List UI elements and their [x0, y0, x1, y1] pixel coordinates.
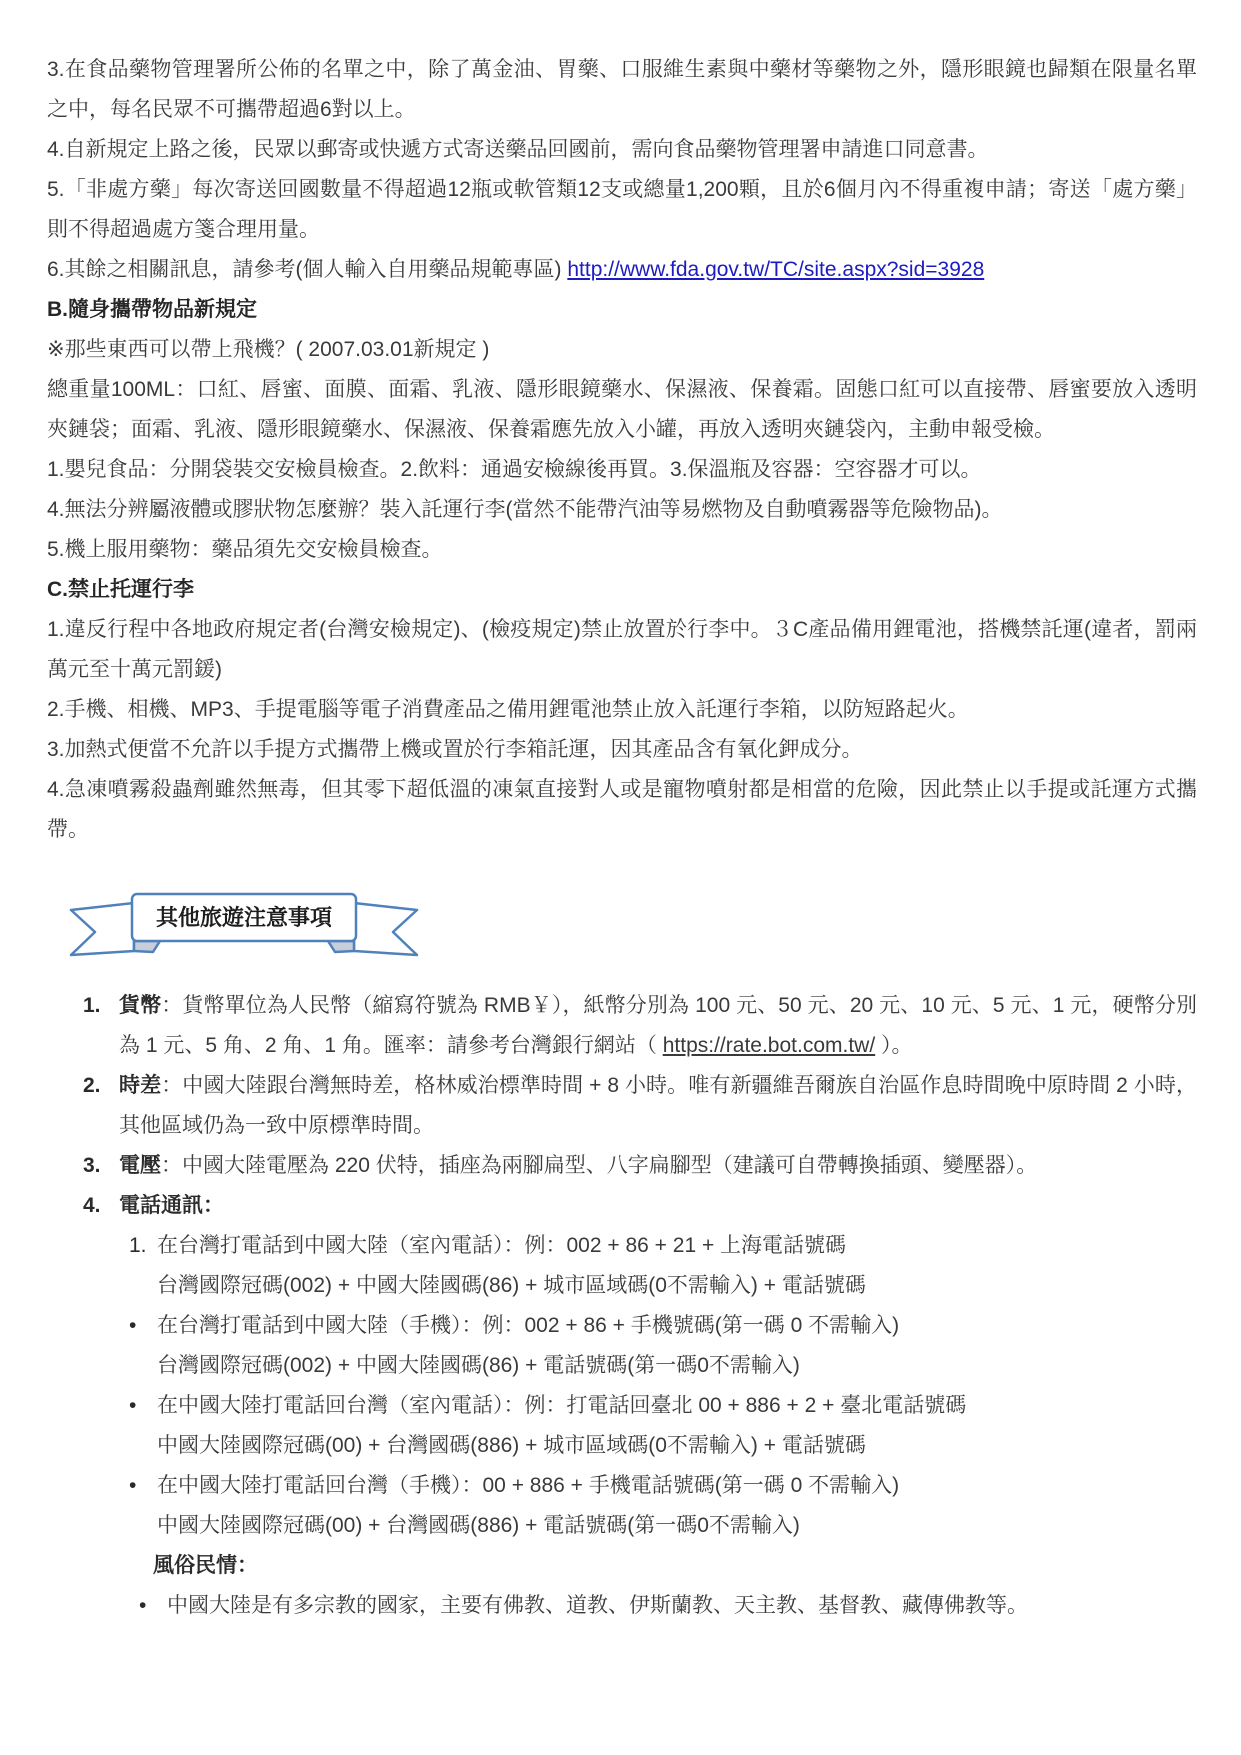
- section-banner: 其他旅遊注意事項: [68, 892, 420, 958]
- note-text-before-link: ：貨幣單位為人民幣（縮寫符號為 RMB￥），紙幣分別為 100 元、50 元、2…: [119, 994, 1197, 1057]
- phone-formula-line: 中國大陸國際冠碼(00) + 台灣國碼(886) + 電話號碼(第一碼0不需輸入…: [157, 1506, 1197, 1546]
- bullet-icon: •: [129, 1306, 157, 1386]
- note-number: 3.: [83, 1146, 119, 1186]
- section-c-p1: 1.違反行程中各地政府規定者(台灣安檢規定)、(檢疫規定)禁止放置於行李中。３C…: [47, 610, 1197, 690]
- phone-example-line: 在台灣打電話到中國大陸（室內電話）：例：002 + 86 + 21 + 上海電話…: [157, 1226, 1197, 1266]
- paragraph-medicine-item5: 5.「非處方藥」每次寄送回國數量不得超過12瓶或軟管類12支或總量1,200顆，…: [47, 170, 1197, 250]
- paragraph-medicine-item3: 3.在食品藥物管理署所公佈的名單之中，除了萬金油、胃藥、口服維生素與中藥材等藥物…: [47, 50, 1197, 130]
- customs-heading: 風俗民情：: [153, 1546, 1197, 1586]
- phone-formula-line: 中國大陸國際冠碼(00) + 台灣國碼(886) + 城市區域碼(0不需輸入) …: [157, 1426, 1197, 1466]
- customs-entry-text: 中國大陸是有多宗教的國家，主要有佛教、道教、伊斯蘭教、天主教、基督教、藏傳佛教等…: [167, 1586, 1197, 1626]
- document-page: 3.在食品藥物管理署所公佈的名單之中，除了萬金油、胃藥、口服維生素與中藥材等藥物…: [0, 0, 1241, 1755]
- section-c-p2: 2.手機、相機、MP3、手提電腦等電子消費產品之備用鋰電池禁止放入託運行李箱，以…: [47, 690, 1197, 730]
- medicine-item6-text: 6.其餘之相關訊息，請參考(個人輸入自用藥品規範專區): [47, 258, 567, 281]
- phone-example-line: 在中國大陸打電話回台灣（室內電話）：例：打電話回臺北 00 + 886 + 2 …: [157, 1386, 1197, 1426]
- note-text: 電壓：中國大陸電壓為 220 伏特，插座為兩腳扁型、八字扁腳型（建議可自帶轉換插…: [119, 1146, 1197, 1186]
- phone-entry-text: 在中國大陸打電話回台灣（手機）：00 + 886 + 手機電話號碼(第一碼 0 …: [157, 1466, 1197, 1546]
- note-item-telecom: 4. 電話通訊：: [83, 1186, 1197, 1226]
- phone-entry-text: 在中國大陸打電話回台灣（室內電話）：例：打電話回臺北 00 + 886 + 2 …: [157, 1386, 1197, 1466]
- section-b-note: ※那些東西可以帶上飛機？( 2007.03.01新規定 ): [47, 330, 1197, 370]
- note-term: 貨幣: [119, 994, 161, 1017]
- banner-title: 其他旅遊注意事項: [132, 894, 356, 941]
- phone-formula-line: 台灣國際冠碼(002) + 中國大陸國碼(86) + 電話號碼(第一碼0不需輸入…: [157, 1346, 1197, 1386]
- note-text-body: ：中國大陸跟台灣無時差，格林威治標準時間 + 8 小時。唯有新疆維吾爾族自治區作…: [119, 1074, 1197, 1137]
- bullet-icon: •: [139, 1586, 167, 1626]
- phone-entry-text: 在台灣打電話到中國大陸（手機）：例：002 + 86 + 手機號碼(第一碼 0 …: [157, 1306, 1197, 1386]
- section-b-heading: B.隨身攜帶物品新規定: [47, 290, 1197, 330]
- section-b-p4: 5.機上服用藥物：藥品須先交安檢員檢查。: [47, 530, 1197, 570]
- note-text: 時差：中國大陸跟台灣無時差，格林威治標準時間 + 8 小時。唯有新疆維吾爾族自治…: [119, 1066, 1197, 1146]
- note-text: 貨幣：貨幣單位為人民幣（縮寫符號為 RMB￥），紙幣分別為 100 元、50 元…: [119, 986, 1197, 1066]
- phone-entry-cn-to-tw-landline: • 在中國大陸打電話回台灣（室內電話）：例：打電話回臺北 00 + 886 + …: [129, 1386, 1197, 1466]
- note-item-currency: 1. 貨幣：貨幣單位為人民幣（縮寫符號為 RMB￥），紙幣分別為 100 元、5…: [83, 986, 1197, 1066]
- note-number: 2.: [83, 1066, 119, 1146]
- section-b-p3: 4.無法分辨屬液體或膠狀物怎麼辦？裝入託運行李(當然不能帶汽油等易燃物及自動噴霧…: [47, 490, 1197, 530]
- section-b-p2: 1.嬰兒食品：分開袋裝交安檢員檢查。2.飲料：通過安檢線後再買。3.保溫瓶及容器…: [47, 450, 1197, 490]
- note-text-after-link: ）。: [875, 1034, 912, 1057]
- paragraph-medicine-item6: 6.其餘之相關訊息，請參考(個人輸入自用藥品規範專區) http://www.f…: [47, 250, 1197, 290]
- phone-entry-tw-to-cn-mobile: • 在台灣打電話到中國大陸（手機）：例：002 + 86 + 手機號碼(第一碼 …: [129, 1306, 1197, 1386]
- section-c-heading: C.禁止托運行李: [47, 570, 1197, 610]
- phone-entry-cn-to-tw-mobile: • 在中國大陸打電話回台灣（手機）：00 + 886 + 手機電話號碼(第一碼 …: [129, 1466, 1197, 1546]
- phone-example-line: 在台灣打電話到中國大陸（手機）：例：002 + 86 + 手機號碼(第一碼 0 …: [157, 1306, 1197, 1346]
- note-number: 4.: [83, 1186, 119, 1226]
- note-number: 1.: [83, 986, 119, 1066]
- section-c-p4: 4.急凍噴霧殺蟲劑雖然無毒，但其零下超低溫的凍氣直接對人或是寵物噴射都是相當的危…: [47, 770, 1197, 850]
- list-marker: 1.: [129, 1226, 157, 1306]
- section-b-p1: 總重量100ML：口紅、唇蜜、面膜、面霜、乳液、隱形眼鏡藥水、保濕液、保養霜。固…: [47, 370, 1197, 450]
- fda-site-link[interactable]: http://www.fda.gov.tw/TC/site.aspx?sid=3…: [567, 258, 984, 281]
- phone-entry-tw-to-cn-landline: 1. 在台灣打電話到中國大陸（室內電話）：例：002 + 86 + 21 + 上…: [129, 1226, 1197, 1306]
- note-text-body: ：中國大陸電壓為 220 伏特，插座為兩腳扁型、八字扁腳型（建議可自帶轉換插頭、…: [161, 1154, 1037, 1177]
- note-term: 時差: [119, 1074, 161, 1097]
- phone-example-line: 在中國大陸打電話回台灣（手機）：00 + 886 + 手機電話號碼(第一碼 0 …: [157, 1466, 1197, 1506]
- note-item-voltage: 3. 電壓：中國大陸電壓為 220 伏特，插座為兩腳扁型、八字扁腳型（建議可自帶…: [83, 1146, 1197, 1186]
- note-term: 電話通訊: [119, 1194, 203, 1217]
- customs-entry-religion: • 中國大陸是有多宗教的國家，主要有佛教、道教、伊斯蘭教、天主教、基督教、藏傳佛…: [139, 1586, 1197, 1626]
- note-text-body: ：: [203, 1194, 224, 1217]
- note-term: 電壓: [119, 1154, 161, 1177]
- bot-rate-link[interactable]: https://rate.bot.com.tw/: [663, 1034, 875, 1057]
- phone-formula-line: 台灣國際冠碼(002) + 中國大陸國碼(86) + 城市區域碼(0不需輸入) …: [157, 1266, 1197, 1306]
- note-item-timezone: 2. 時差：中國大陸跟台灣無時差，格林威治標準時間 + 8 小時。唯有新疆維吾爾…: [83, 1066, 1197, 1146]
- bullet-icon: •: [129, 1466, 157, 1546]
- phone-entry-text: 在台灣打電話到中國大陸（室內電話）：例：002 + 86 + 21 + 上海電話…: [157, 1226, 1197, 1306]
- note-text: 電話通訊：: [119, 1186, 1197, 1226]
- section-c-p3: 3.加熱式便當不允許以手提方式攜帶上機或置於行李箱託運，因其產品含有氧化鉀成分。: [47, 730, 1197, 770]
- paragraph-medicine-item4: 4.自新規定上路之後，民眾以郵寄或快遞方式寄送藥品回國前，需向食品藥物管理署申請…: [47, 130, 1197, 170]
- bullet-icon: •: [129, 1386, 157, 1466]
